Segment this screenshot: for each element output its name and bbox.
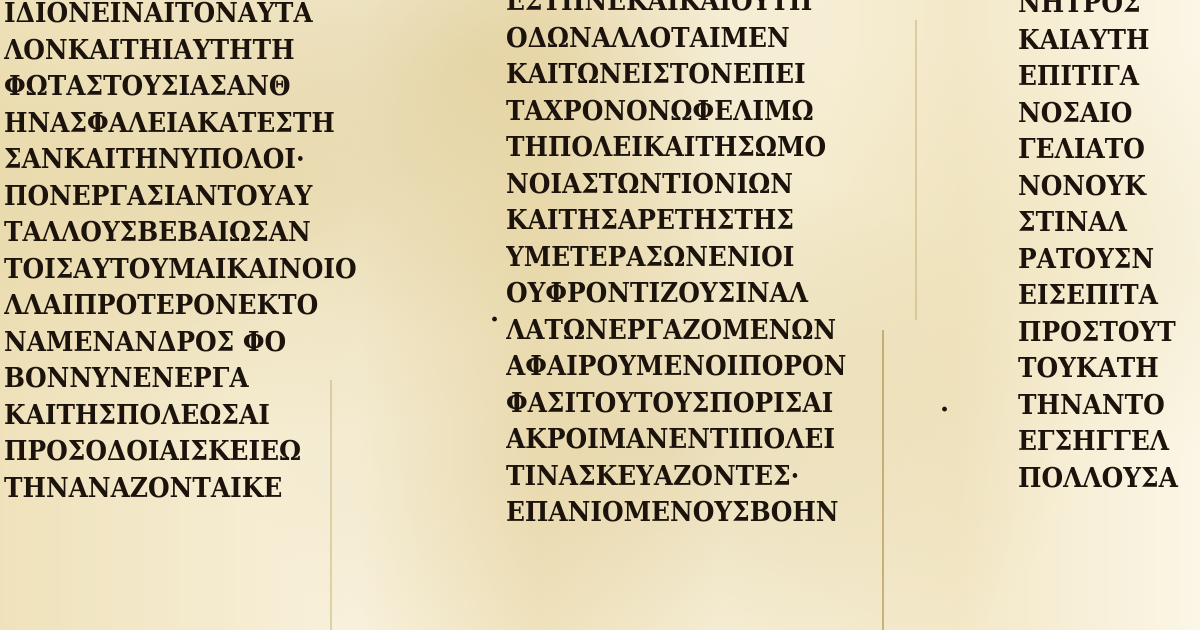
manuscript-line: ΠΟΛΛΟΥΣΑ bbox=[1018, 461, 1185, 498]
manuscript-line: ΒΟΝΝΥΝΕΝΕΡΓΑ bbox=[4, 361, 355, 398]
manuscript-line: ΟΔΩΝΑΛΛΟΤΑΙΜΕΝ bbox=[506, 21, 867, 58]
manuscript-line: ΤΟΙΣΑΥΤΟΥΜΑΙΚΑΙΝΟΙΟ bbox=[4, 252, 355, 289]
manuscript-line: ΤΗΠΟΛΕΙΚΑΙΤΗΣΩΜΟ bbox=[506, 130, 867, 167]
manuscript-line: ΤΑΧΡΟΝΟΝΩΦΕΛΙΜΩ bbox=[506, 94, 867, 131]
manuscript-line: ΝΟΣΑΙΟ bbox=[1018, 96, 1185, 133]
manuscript-line: ΤΗΝΑΝΑΖΟΝΤΑΙΚΕ bbox=[4, 471, 355, 508]
manuscript-line: ΦΩΤΑΣΤΟΥΣΙΑΣΑΝΘ bbox=[4, 69, 355, 106]
manuscript-line: ΕΙΣΕΠΙΤΑ bbox=[1018, 278, 1185, 315]
manuscript-line: ΠΡΟΣΤΟΥΤ bbox=[1018, 315, 1185, 352]
manuscript-line: ΤΗΝΑΝΤΟ bbox=[1018, 388, 1185, 425]
manuscript-line: ΣΑΝΚΑΙΤΗΝΥΠΟΛΟΙ· bbox=[4, 142, 355, 179]
manuscript-line: ΕΓΣΗΓΓΕΛ bbox=[1018, 424, 1185, 461]
manuscript-line: ΝΗΤΡΟΣ bbox=[1018, 0, 1185, 23]
manuscript-line: ΥΜΕΤΕΡΑΣΩΝΕΝΙΟΙ bbox=[506, 240, 867, 277]
manuscript-line: ΗΝΑΣΦΑΛΕΙΑΚΑΤΕΣΤΗ bbox=[4, 106, 355, 143]
manuscript-line: ΝΟΝΟΥΚ bbox=[1018, 169, 1185, 206]
manuscript-line: ΚΑΙΤΩΝΕΙΣΤΟΝΕΠΕΙ bbox=[506, 57, 867, 94]
manuscript-line: ΦΑΣΙΤΟΥΤΟΥΣΠΟΡΙΣΑΙ bbox=[506, 386, 867, 423]
manuscript-line: ΙΔΙΟΝΕΙΝΑΙΤΟΝΑΥΤΑ bbox=[4, 0, 355, 33]
manuscript-line: ΛΑΤΩΝΕΡΓΑΖΟΜΕΝΩΝ bbox=[506, 313, 867, 350]
text-column-right: ΝΗΤΡΟΣ ΚΑΙΑΥΤΗ ΕΠΙΤΙΓΑ ΝΟΣΑΙΟ ΓΕΛΙΑΤΟ ΝΟ… bbox=[1018, 0, 1200, 497]
manuscript-line: ΑΦΑΙΡΟΥΜΕΝΟΙΠΟΡΟΝ bbox=[506, 349, 867, 386]
manuscript-line: ΚΑΙΑΥΤΗ bbox=[1018, 23, 1185, 60]
manuscript-line: ΠΡΟΣΟΔΟΙΑΙΣΚΕΙΕΩ bbox=[4, 434, 355, 471]
manuscript-line: ΕΠΑΝΙΟΜΕΝΟΥΣΒΟΗΝ bbox=[506, 495, 867, 532]
manuscript-line: ΛΛΑΙΠΡΟΤΕΡΟΝΕΚΤΟ bbox=[4, 288, 355, 325]
manuscript-line: ΑΚΡΟΙΜΑΝΕΝΤΙΠΟΛΕΙ bbox=[506, 422, 867, 459]
manuscript-line: ΤΙΝΑΣΚΕΥΑΖΟΝΤΕΣ· bbox=[506, 459, 867, 496]
manuscript-line: ΠΟΝΕΡΓΑΣΙΑΝΤΟΥΑΥ bbox=[4, 179, 355, 216]
manuscript-line: ΟΥΦΡΟΝΤΙΖΟΥΣΙΝΑΛ bbox=[506, 276, 867, 313]
margin-dot: · bbox=[490, 305, 499, 335]
manuscript-line: ΓΕΛΙΑΤΟ bbox=[1018, 132, 1185, 169]
text-column-left: ΙΔΙΟΝΕΙΝΑΙΤΟΝΑΥΤΑ ΛΟΝΚΑΙΤΗΙΑΥΤΗΤΗ ΦΩΤΑΣΤ… bbox=[4, 0, 386, 507]
manuscript-line: ΣΤΙΝΑΛ bbox=[1018, 205, 1185, 242]
manuscript-line: ΤΟΥΚΑΤΗ bbox=[1018, 351, 1185, 388]
manuscript-line: ΕΣΤΗΝΕΚΑΙΚΑΙΟΥΤΗ bbox=[506, 0, 867, 21]
manuscript-line: ΝΟΙΑΣΤΩΝΤΙΟΝΙΩΝ bbox=[506, 167, 867, 204]
manuscript-line: ΕΠΙΤΙΓΑ bbox=[1018, 59, 1185, 96]
manuscript-line: ΡΑΤΟΥΣΝ bbox=[1018, 242, 1185, 279]
margin-dot: · bbox=[940, 395, 949, 425]
manuscript-line: ΝΑΜΕΝΑΝΔΡΟΣ ΦΟ bbox=[4, 325, 355, 362]
manuscript-line: ΛΟΝΚΑΙΤΗΙΑΥΤΗΤΗ bbox=[4, 33, 355, 70]
manuscript-line: ΚΑΙΤΗΣΑΡΕΤΗΣΤΗΣ bbox=[506, 203, 867, 240]
manuscript-line: ΚΑΙΤΗΣΠΟΛΕΩΣΑΙ bbox=[4, 398, 355, 435]
text-column-middle: ΕΣΤΗΝΕΚΑΙΚΑΙΟΥΤΗ ΟΔΩΝΑΛΛΟΤΑΙΜΕΝ ΚΑΙΤΩΝΕΙ… bbox=[506, 0, 898, 532]
manuscript-line: ΤΑΛΛΟΥΣΒΕΒΑΙΩΣΑΝ bbox=[4, 215, 355, 252]
column-ruling-line bbox=[915, 20, 917, 320]
